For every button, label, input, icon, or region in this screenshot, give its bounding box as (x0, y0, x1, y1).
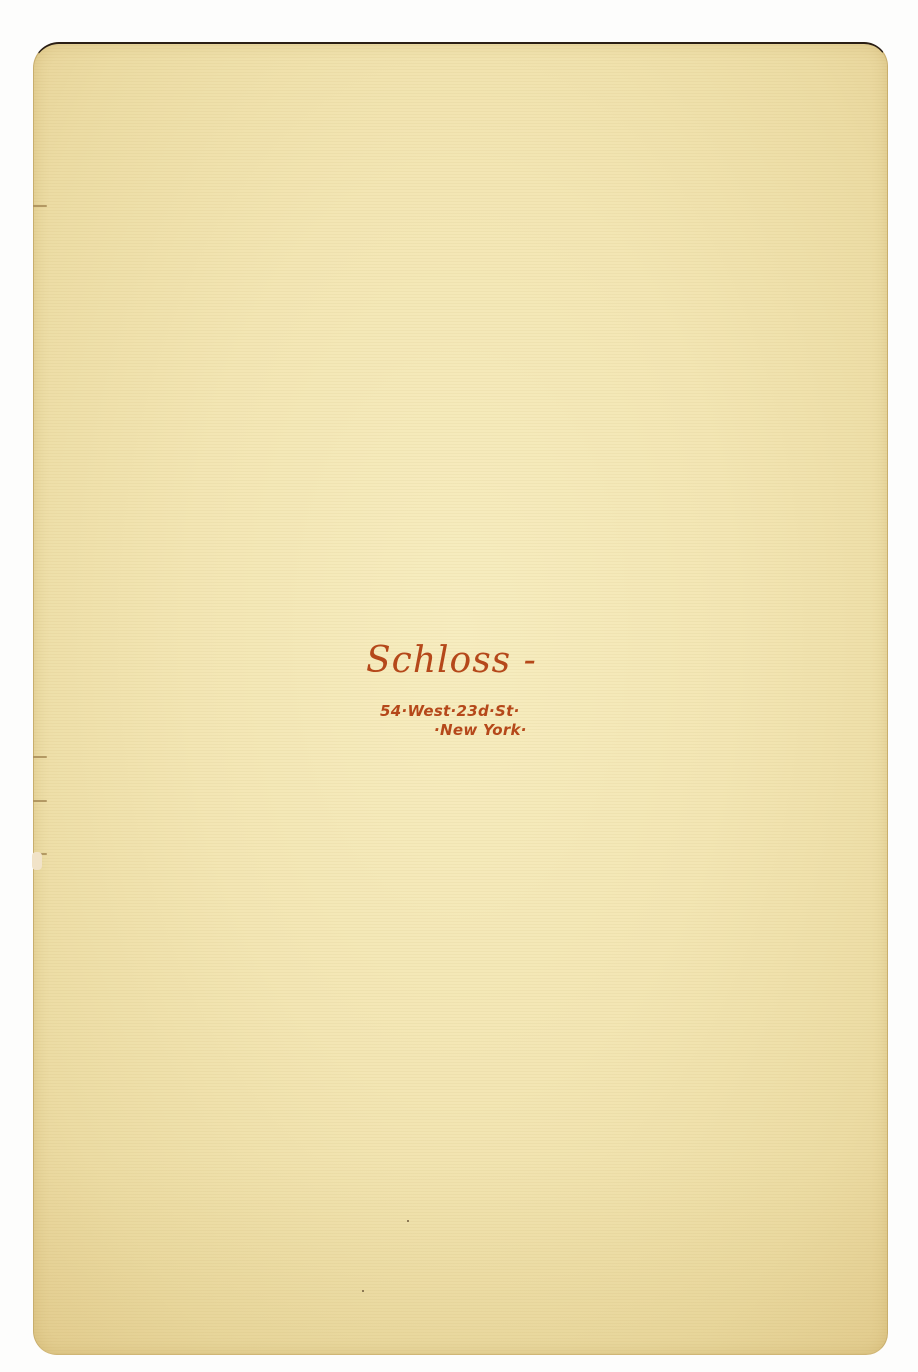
edge-tear (32, 852, 42, 870)
edge-nick (33, 756, 47, 758)
edge-nick (33, 205, 47, 207)
edge-nick (33, 800, 47, 802)
studio-name: Schloss - (366, 640, 537, 681)
cabinet-card-back (33, 42, 888, 1355)
studio-address-street: 54·West·23d·St· (380, 702, 520, 720)
scan-background: Schloss - 54·West·23d·St· ·New York· (0, 0, 918, 1372)
paper-speck (407, 1220, 409, 1222)
studio-address-city: ·New York· (434, 721, 527, 739)
paper-speck (362, 1290, 364, 1292)
